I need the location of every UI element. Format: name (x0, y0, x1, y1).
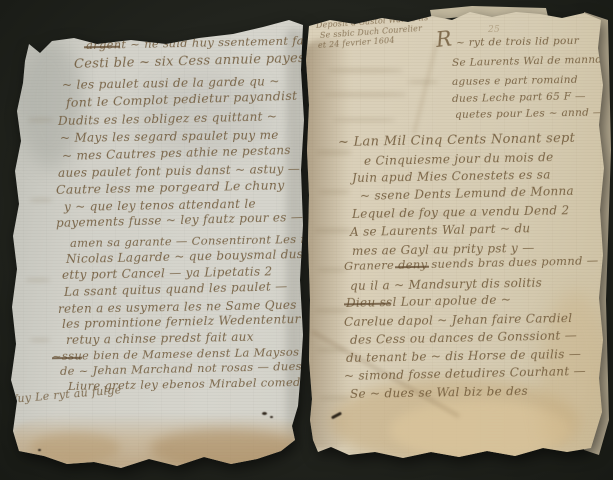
manuscript-line: Se Laurents Wal de mannd (452, 55, 603, 69)
manuscript-line: du tenant be ~ dis Horse de quilis — (346, 348, 581, 364)
ink-speck (303, 357, 306, 363)
right-page: Deposit a Gastol Wal es ils Se ssbic Duc… (0, 0, 613, 480)
manuscript-line: A se Laurents Wal part ~ du (350, 222, 531, 238)
manuscript-line: Granere deny suends bras dues pomnd — (344, 255, 599, 272)
showthrough-mark (314, 308, 350, 313)
manuscript-line: aguses e part romaind (452, 75, 578, 88)
manuscript-line: Juin apud Mies Conestets es sa (352, 169, 551, 184)
showthrough-mark (318, 396, 350, 400)
ink-speck (305, 299, 308, 302)
showthrough-mark (316, 150, 352, 155)
initial-flourish: R (435, 28, 453, 51)
right-crease-top (413, 41, 439, 134)
showthrough-mark (324, 92, 406, 97)
manuscript-line: Carelue dapol ~ Jehan faire Cardiel (344, 312, 573, 328)
ink-blot (331, 412, 342, 420)
manuscript-line: Se ~ dues se Wal biz be des (350, 385, 528, 400)
ink-speck (305, 210, 308, 214)
manuscript-line: ~ ryt de trois lid pour (456, 36, 579, 49)
manuscript-line: qu il a ~ Mandsuryt dis solitis (350, 277, 542, 292)
showthrough-mark (314, 228, 352, 233)
manuscript-photo: argent ~ ne said huy ssentement faine Ce… (0, 0, 613, 480)
showthrough-mark (408, 80, 438, 84)
right-bottom-stain-light (390, 400, 570, 460)
showthrough-mark (316, 348, 346, 352)
showthrough-mark (318, 190, 350, 194)
manuscript-line: Lequel de foy que a vendu Dend 2 (352, 204, 570, 220)
manuscript-line: ~ simond fosse detudires Courhant — (344, 365, 586, 382)
manuscript-line: ~ ssene Dents Lemund de Monna (360, 185, 574, 202)
showthrough-mark (328, 68, 402, 73)
folio-number: 25 (488, 26, 500, 35)
manuscript-line: dues Leche part 65 F — (452, 91, 586, 104)
manuscript-line: Dieu ssl Lour apolue de ~ (346, 294, 511, 309)
manuscript-line: quetes pour Les ~ annd — (455, 107, 604, 120)
right-gutter-stain (300, 40, 350, 450)
manuscript-line: ~ Lan Mil Cinq Cents Nonant sept (338, 132, 575, 149)
right-leaf-wrap: Deposit a Gastol Wal es ils Se ssbic Duc… (0, 0, 613, 480)
manuscript-line: des Cess ou dances de Gonssiont — (350, 329, 577, 346)
manuscript-line: e Cinquiesme jour du mois de (364, 151, 554, 167)
showthrough-mark (317, 268, 347, 272)
ink-speck (304, 329, 308, 334)
showthrough-mark (333, 118, 395, 122)
